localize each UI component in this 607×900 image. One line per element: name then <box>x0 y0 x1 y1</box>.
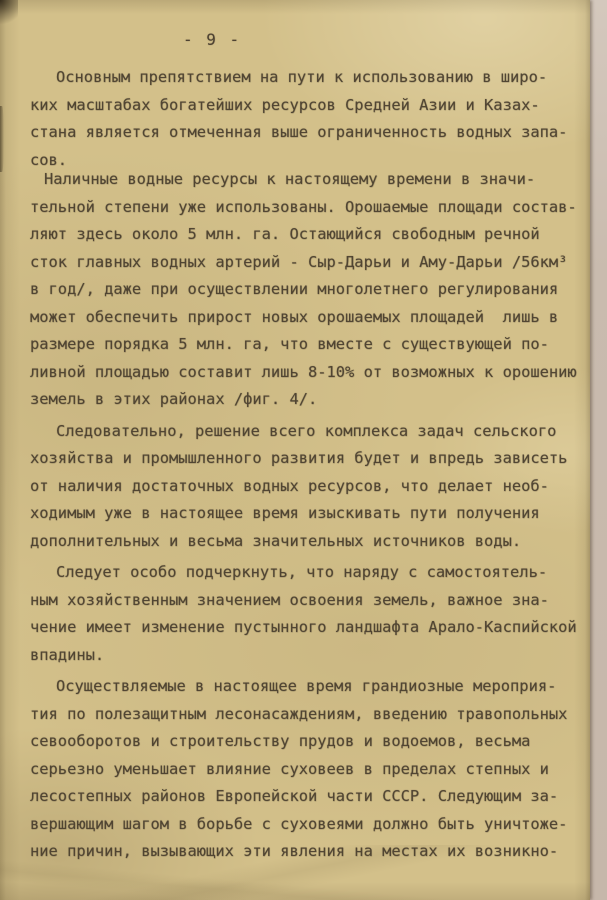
text-line: от наличия достаточных водных ресурсов, … <box>30 473 590 501</box>
text-line: сток главных водных артерий - Сыр-Дарьи … <box>30 249 590 277</box>
text-line: тия по полезащитным лесонасаждениям, вве… <box>30 701 590 729</box>
paragraph: Следовательно, решение всего комплекса з… <box>30 418 590 556</box>
text-line: ливной площадью составит лишь 8-10% от в… <box>30 359 590 387</box>
text-line: может обеспечить прирост новых орошаемых… <box>30 304 590 332</box>
text-line: впадины. <box>30 642 590 670</box>
text-line: чение имеет изменение пустынного ландшаф… <box>30 614 590 642</box>
paragraph: Основным препятствием на пути к использо… <box>30 64 590 174</box>
paragraph: Наличные водные ресурсы к настоящему вре… <box>30 166 590 414</box>
text-line: ляют здесь около 5 млн. га. Остающийся с… <box>30 221 590 249</box>
paragraph: Осуществляемые в настоящее время грандио… <box>30 673 590 866</box>
text-line: Следует особо подчеркнуть, что наряду с … <box>30 559 590 587</box>
text-line: ких масштабах богатейших ресурсов Средне… <box>30 92 590 120</box>
text-line: севооборотов и строительству прудов и во… <box>30 728 590 756</box>
text-line: земель в этих районах /фиг. 4/. <box>30 386 590 414</box>
paragraph: Следует особо подчеркнуть, что наряду с … <box>30 559 590 669</box>
scanned-document-page: { "page": { "number_label": "- 9 -", "pa… <box>0 0 607 900</box>
text-line: дополнительных и весьма значительных ист… <box>30 528 590 556</box>
text-line: ходимым уже в настоящее время изыскивать… <box>30 500 590 528</box>
page-number: - 9 - <box>183 30 241 49</box>
text-line: Осуществляемые в настоящее время грандио… <box>30 673 590 701</box>
text-line: ным хозяйственным значением освоения зем… <box>30 587 590 615</box>
paper-sheet: - 9 - Основным препятствием на пути к ис… <box>0 0 590 900</box>
text-line: ние причин, вызывающих эти явления на ме… <box>30 838 590 866</box>
text-line: серьезно уменьшает влияние суховеев в пр… <box>30 756 590 784</box>
text-line: Наличные водные ресурсы к настоящему вре… <box>30 166 590 194</box>
text-line: лесостепных районов Европейской части СС… <box>30 783 590 811</box>
typewritten-text: Основным препятствием на пути к использо… <box>30 64 590 866</box>
text-line: тельной степени уже использованы. Орошае… <box>30 194 590 222</box>
text-line: вершающим шагом в борьбе с суховеями дол… <box>30 811 590 839</box>
text-line: размере порядка 5 млн. га, что вместе с … <box>30 331 590 359</box>
text-line: стана является отмеченная выше ограничен… <box>30 119 590 147</box>
page-edge-mark <box>0 106 4 172</box>
text-line: Следовательно, решение всего комплекса з… <box>30 418 590 446</box>
text-line: в год/, даже при осуществлении многолетн… <box>30 276 590 304</box>
text-line: Основным препятствием на пути к использо… <box>30 64 590 92</box>
text-line: хозяйства и промышленного развития будет… <box>30 445 590 473</box>
corner-smudge <box>0 0 18 26</box>
